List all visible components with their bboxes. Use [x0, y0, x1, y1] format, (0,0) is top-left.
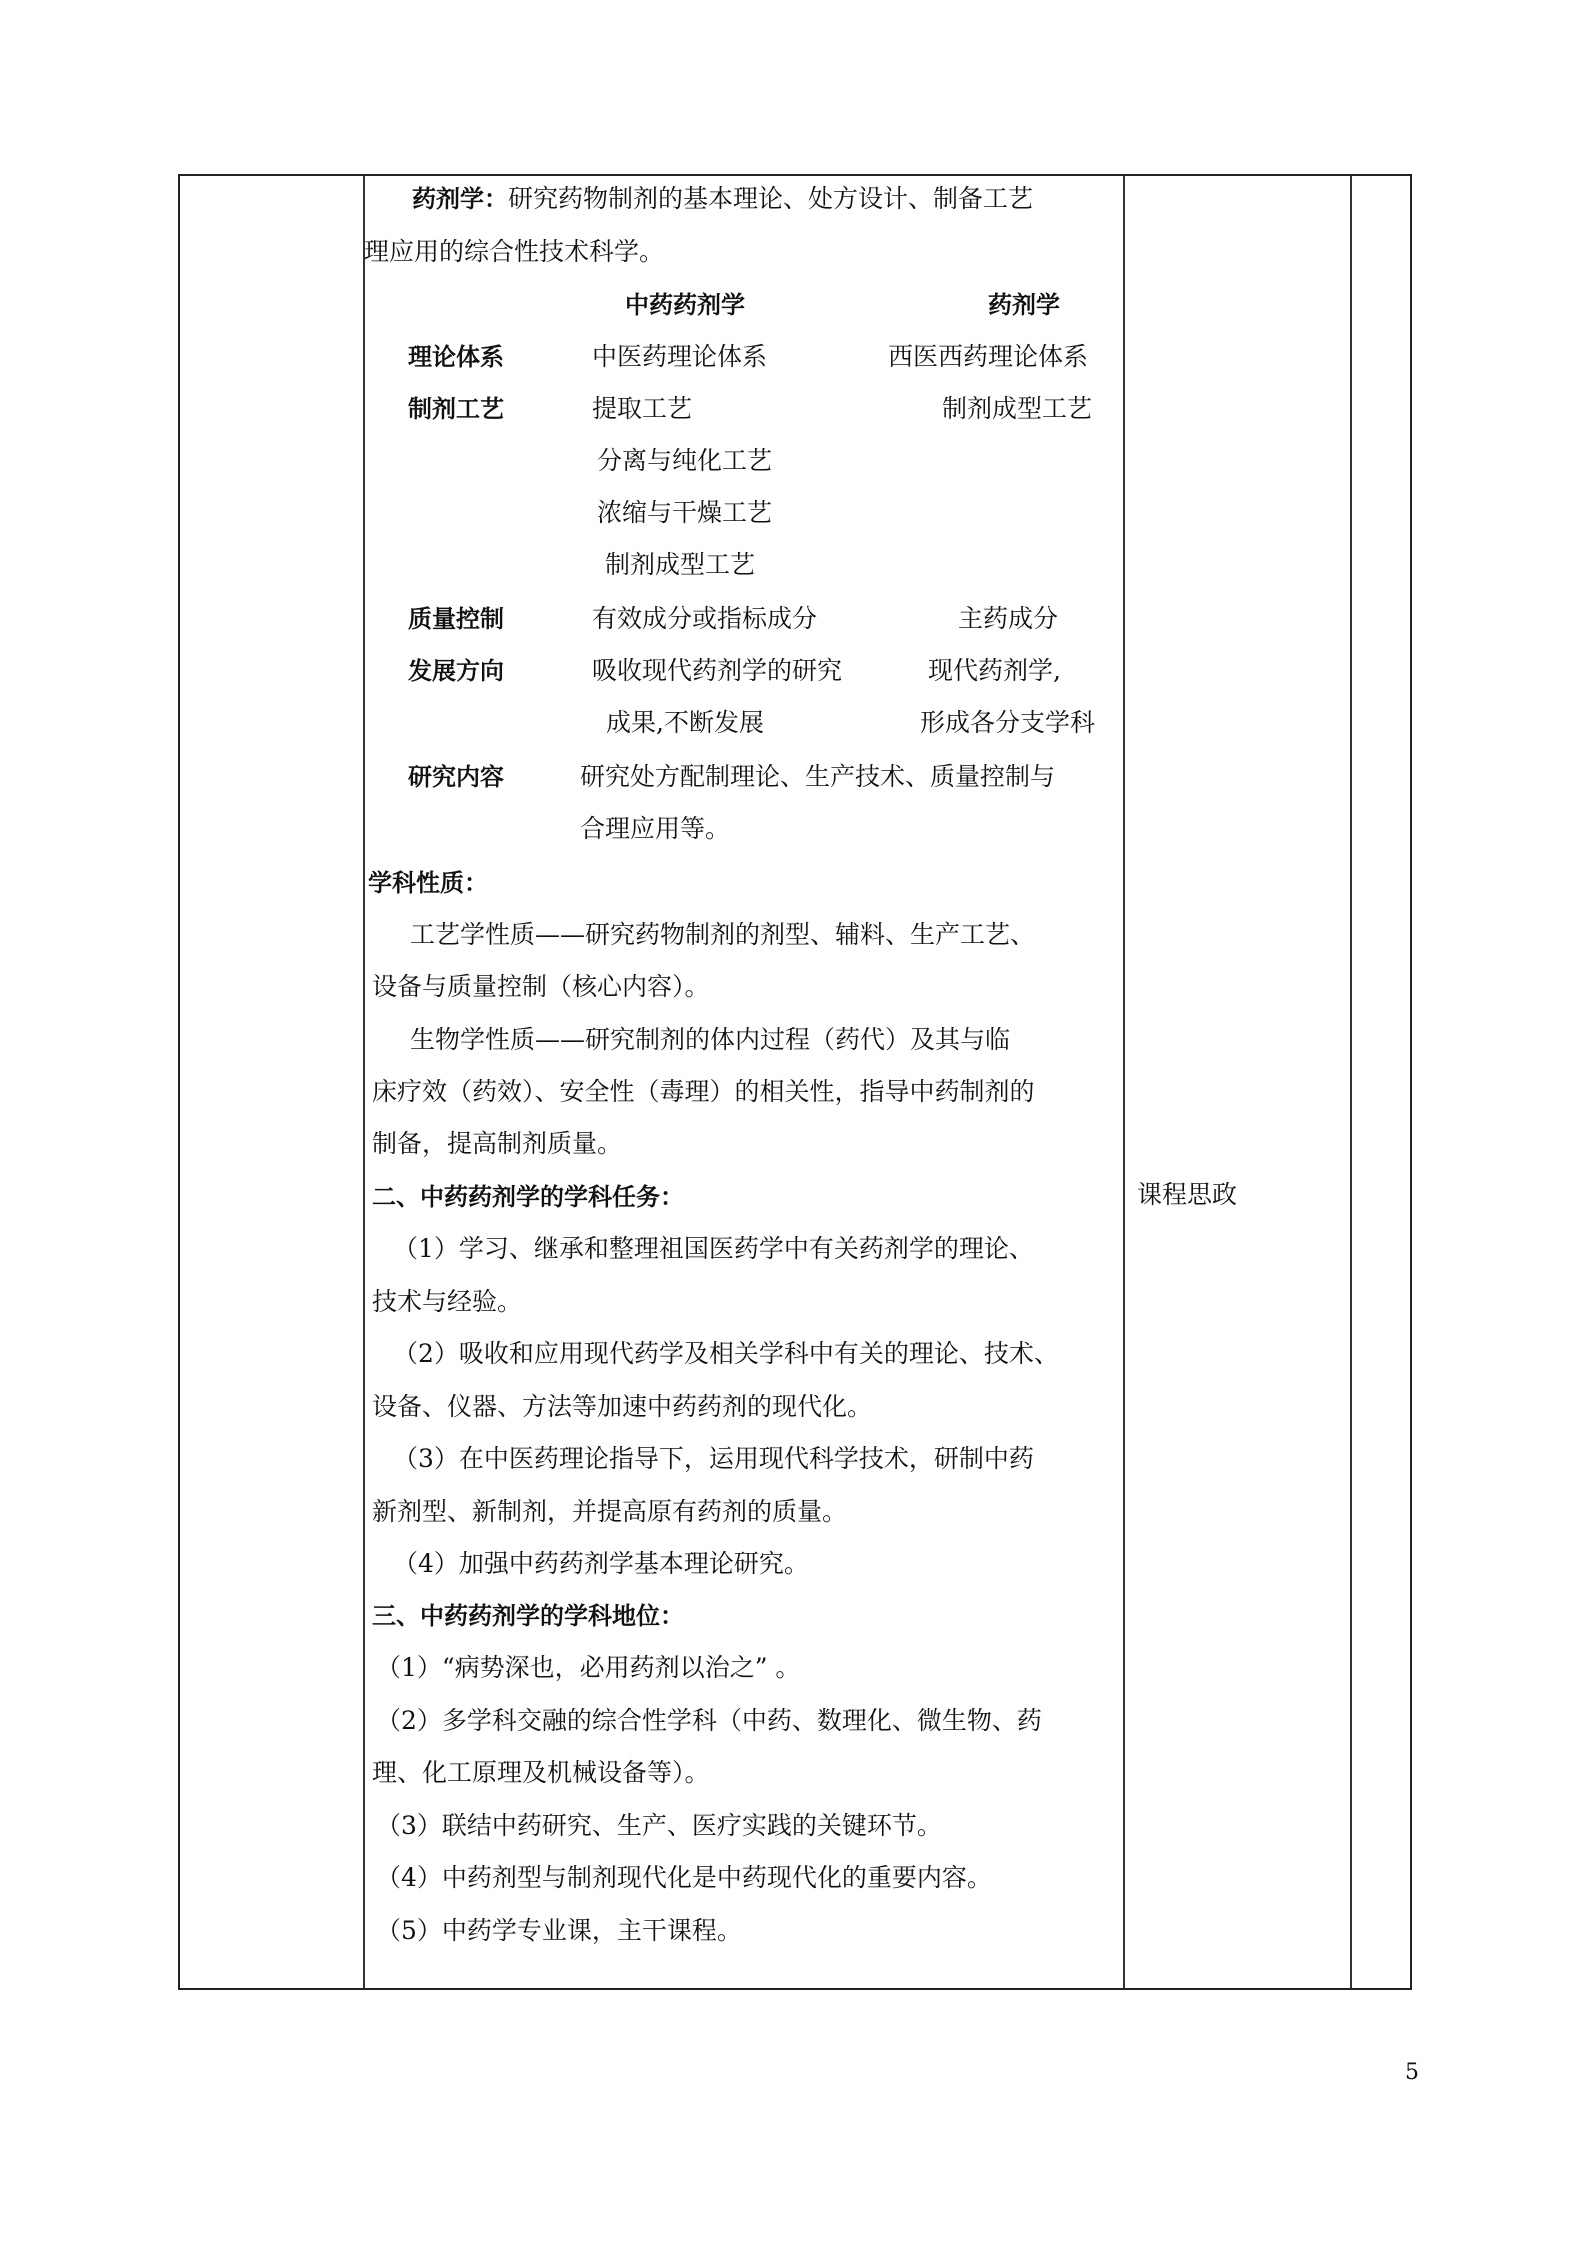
task-item: （3）在中医药理论指导下，运用现代科学技术，研制中药	[393, 1444, 1034, 1474]
definition-text: 研究药物制剂的基本理论、处方设计、制备工艺	[508, 184, 1033, 213]
document-page: 药剂学：研究药物制剂的基本理论、处方设计、制备工艺 理应用的综合性技术科学。 中…	[0, 0, 1588, 2245]
row-tcm: 制剂成型工艺	[605, 550, 755, 580]
row-western: 西医西药理论体系	[888, 342, 1088, 372]
row-label: 发展方向	[408, 656, 504, 686]
task-item: （1）学习、继承和整理祖国医药学中有关药剂学的理论、	[393, 1234, 1034, 1264]
status-item: （1）“病势深也，必用药剂以治之” 。	[376, 1653, 800, 1683]
row-western: 制剂成型工艺	[942, 394, 1092, 424]
task-item: 技术与经验。	[372, 1287, 522, 1317]
column-divider	[1350, 176, 1352, 1988]
task-item: （4）加强中药药剂学基本理论研究。	[393, 1549, 809, 1579]
status-item: （5）中药学专业课，主干课程。	[376, 1916, 742, 1946]
row-combined: 研究处方配制理论、生产技术、质量控制与	[580, 762, 1055, 792]
row-western: 主药成分	[958, 604, 1058, 634]
row-tcm: 分离与纯化工艺	[597, 446, 772, 476]
header-western: 药剂学	[988, 290, 1060, 320]
task-item: 设备、仪器、方法等加速中药药剂的现代化。	[372, 1392, 872, 1422]
section-heading-tasks: 二、中药药剂学的学科任务：	[372, 1182, 684, 1212]
column-divider	[1123, 176, 1125, 1988]
status-item: 理、化工原理及机械设备等）。	[372, 1758, 710, 1788]
column-divider	[363, 176, 365, 1988]
task-item: 新剂型、新制剂，并提高原有药剂的质量。	[372, 1497, 847, 1527]
status-item: （4）中药剂型与制剂现代化是中药现代化的重要内容。	[376, 1863, 992, 1893]
page-number: 5	[1405, 2060, 1419, 2085]
paragraph-line: 设备与质量控制（核心内容）。	[372, 972, 710, 1002]
status-item: （3）联结中药研究、生产、医疗实践的关键环节。	[376, 1811, 942, 1841]
paragraph-line: 生物学性质——研究制剂的体内过程（药代）及其与临	[410, 1025, 1010, 1055]
row-tcm: 成果,不断发展	[606, 708, 764, 738]
row-tcm: 有效成分或指标成分	[592, 604, 817, 634]
row-label: 理论体系	[408, 342, 504, 372]
paragraph-line: 床疗效（药效）、安全性（毒理）的相关性，指导中药制剂的	[372, 1077, 1035, 1107]
paragraph-line: 工艺学性质——研究药物制剂的剂型、辅料、生产工艺、	[410, 920, 1035, 950]
paragraph-line: 制备，提高制剂质量。	[372, 1129, 622, 1159]
task-item: （2）吸收和应用现代药学及相关学科中有关的理论、技术、	[393, 1339, 1059, 1369]
section-heading-status: 三、中药药剂学的学科地位：	[372, 1601, 684, 1631]
row-combined: 合理应用等。	[580, 814, 730, 844]
row-tcm: 中医药理论体系	[592, 342, 767, 372]
row-label: 制剂工艺	[408, 394, 504, 424]
row-western: 现代药剂学,	[928, 656, 1061, 686]
row-tcm: 浓缩与干燥工艺	[597, 498, 772, 528]
side-note: 课程思政	[1137, 1180, 1237, 1210]
row-western: 形成各分支学科	[920, 708, 1095, 738]
row-tcm: 吸收现代药剂学的研究	[592, 656, 842, 686]
section-heading-nature: 学科性质：	[368, 868, 488, 898]
definition-text-cont: 理应用的综合性技术科学。	[364, 237, 664, 267]
definition-term: 药剂学：	[412, 185, 508, 213]
status-item: （2）多学科交融的综合性学科（中药、数理化、微生物、药	[376, 1706, 1042, 1736]
row-label: 质量控制	[408, 604, 504, 634]
row-tcm: 提取工艺	[592, 394, 692, 424]
row-label: 研究内容	[408, 762, 504, 792]
header-tcm: 中药药剂学	[625, 290, 745, 320]
